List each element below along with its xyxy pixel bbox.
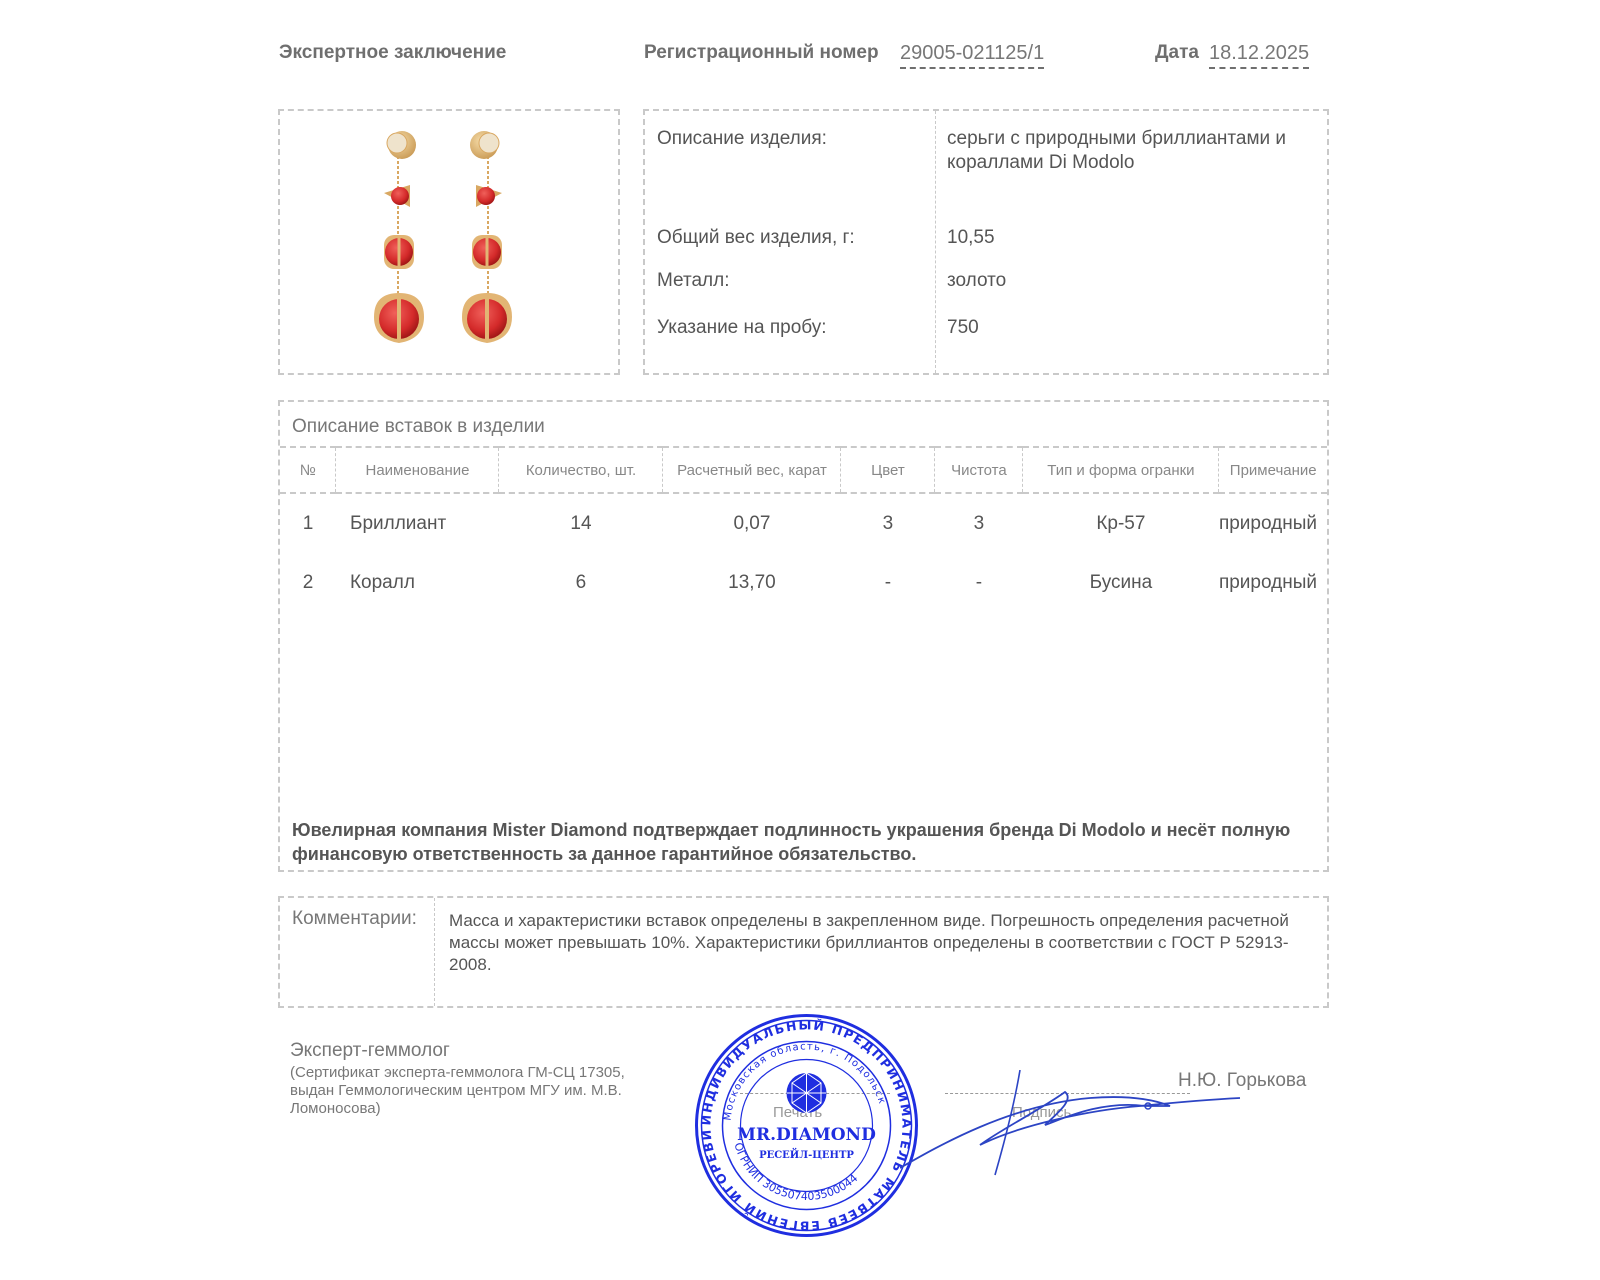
description-value: серьги с природными бриллиантами и корал… [947,127,1322,175]
col-name: Наименование [336,447,499,493]
cell-quantity: 14 [499,493,663,553]
inserts-title: Описание вставок в изделии [292,416,545,438]
col-cut: Тип и форма огранки [1023,447,1219,493]
registration-number: 29005-021125/1 [900,42,1044,69]
company-stamp: ИНДИВИДУАЛЬНЫЙ ПРЕДПРИНИМАТЕЛЬ МАТВЕЕВ Е… [694,1013,919,1238]
stamp-subtitle: РЕСЕЙЛ-ЦЕНТР [759,1148,854,1161]
cell-color: 3 [841,493,935,553]
cell-weight: 13,70 [663,553,841,613]
weight-value: 10,55 [947,226,1322,250]
diamond-logo-icon [787,1073,827,1113]
cell-name: Коралл [336,553,499,613]
col-number: № [280,447,336,493]
col-note: Примечание [1219,447,1327,493]
date-value: 18.12.2025 [1209,42,1309,69]
earrings-image [280,111,618,373]
cell-clarity: - [935,553,1023,613]
col-weight: Расчетный вес, карат [663,447,841,493]
cell-weight: 0,07 [663,493,841,553]
comments-text: Масса и характеристики вставок определен… [449,910,1325,976]
weight-label: Общий вес изделия, г: [657,226,855,250]
info-divider [935,111,936,373]
inserts-panel: Описание вставок в изделии № Наименовани… [278,400,1329,872]
cell-note: природный [1219,553,1327,613]
comments-panel: Комментарии: Масса и характеристики вста… [278,896,1329,1008]
col-clarity: Чистота [935,447,1023,493]
cell-number: 2 [280,553,336,613]
product-photo [278,109,620,375]
comments-label: Комментарии: [292,908,417,930]
cell-cut: Кр-57 [1023,493,1219,553]
table-row: 1 Бриллиант 14 0,07 3 3 Кр-57 природный [280,493,1327,553]
hallmark-value: 750 [947,316,1322,340]
hallmark-label: Указание на пробу: [657,316,827,340]
description-label: Описание изделия: [657,127,827,151]
inserts-table: № Наименование Количество, шт. Расчетный… [280,446,1327,613]
signature-scribble [900,1070,1260,1180]
registration-label: Регистрационный номер [644,42,879,64]
metal-label: Металл: [657,269,729,293]
table-header-row: № Наименование Количество, шт. Расчетный… [280,447,1327,493]
comments-divider [434,898,435,1006]
cell-cut: Бусина [1023,553,1219,613]
cell-clarity: 3 [935,493,1023,553]
date-label: Дата [1155,42,1199,64]
expert-certificate: (Сертификат эксперта-геммолога ГМ-СЦ 173… [290,1064,670,1118]
table-row: 2 Коралл 6 13,70 - - Бусина природный [280,553,1327,613]
col-quantity: Количество, шт. [499,447,663,493]
document-title: Экспертное заключение [279,42,506,64]
expert-title: Эксперт-геммолог [290,1040,450,1062]
cell-color: - [841,553,935,613]
col-color: Цвет [841,447,935,493]
stamp-brand: MR.DIAMOND [737,1125,876,1145]
metal-value: золото [947,269,1322,293]
item-info-panel: Описание изделия: серьги с природными бр… [643,109,1329,375]
cell-quantity: 6 [499,553,663,613]
guarantee-statement: Ювелирная компания Mister Diamond подтве… [292,818,1312,866]
cell-note: природный [1219,493,1327,553]
cell-name: Бриллиант [336,493,499,553]
cell-number: 1 [280,493,336,553]
